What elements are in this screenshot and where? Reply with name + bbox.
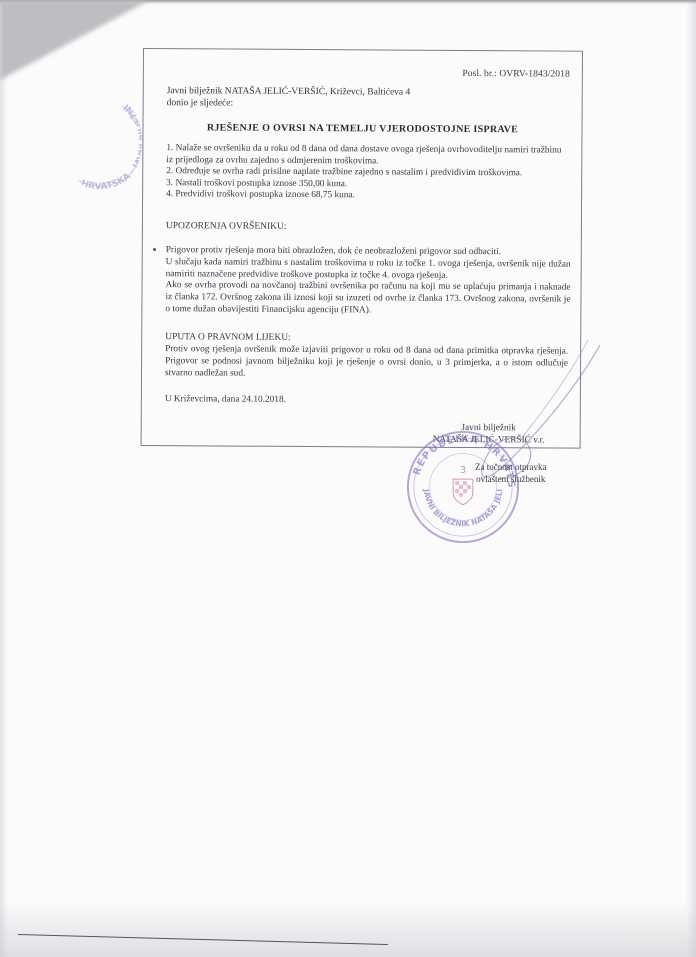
coat-of-arms-icon: [453, 479, 473, 505]
reference-number: Posl. br.: OVRV-1843/2018: [462, 69, 570, 80]
warnings-heading: UPOZORENJA OVRŠENIKU:: [166, 221, 287, 232]
place-and-date: U Križevcima, dana 24.10.2018.: [165, 394, 286, 405]
certification-line: Za točnost otpravka: [475, 461, 546, 473]
issuer-intro: donio je sljedeće:: [167, 97, 411, 110]
scanned-document-page: HRVATSKA - JAVNI BILJEŽNIK Posl. br.: OV…: [0, 0, 696, 957]
decision-item: 1. Nalaže se ovršeniku da u roku od 8 da…: [166, 143, 567, 169]
certification-note: Za točnost otpravka ovlašteni službenik: [475, 461, 546, 485]
margin-mark: [153, 248, 156, 251]
warnings-body: Prigovor protiv rješenja mora biti obraz…: [165, 245, 570, 318]
svg-text:3: 3: [460, 465, 466, 476]
warning-paragraph: U slučaju kada namiri tražbinu s nastali…: [166, 257, 571, 283]
folded-corner: [0, 0, 150, 80]
issuer-block: Javni bilježnik NATAŠA JELIĆ-VERŠIĆ, Kri…: [167, 85, 411, 110]
certification-line: ovlašteni službenik: [475, 473, 546, 485]
svg-text:HRVATSKA - JAVNI BILJEŽNIK: HRVATSKA - JAVNI BILJEŽNIK: [64, 92, 142, 192]
document-title: RJEŠENJE O OVRSI NA TEMELJU VJERODOSTOJN…: [143, 122, 581, 136]
warning-paragraph: Ako se ovrha provodi na novčanoj tražbin…: [165, 281, 570, 319]
decision-items: 1. Nalaže se ovršeniku da u roku od 8 da…: [166, 143, 567, 203]
decision-item: 4. Predvidivi troškovi postupka iznose 6…: [166, 190, 567, 204]
legal-remedy-heading: UPUTA O PRAVNOM LIJEKU:: [165, 332, 291, 343]
partial-stamp-icon: HRVATSKA - JAVNI BILJEŽNIK: [64, 92, 142, 192]
official-notary-stamp-icon: REPUBLIKA HRVATSKA JAVNI BILJEŽNIK NATAŠ…: [404, 428, 522, 546]
bottom-rule: [18, 934, 388, 945]
